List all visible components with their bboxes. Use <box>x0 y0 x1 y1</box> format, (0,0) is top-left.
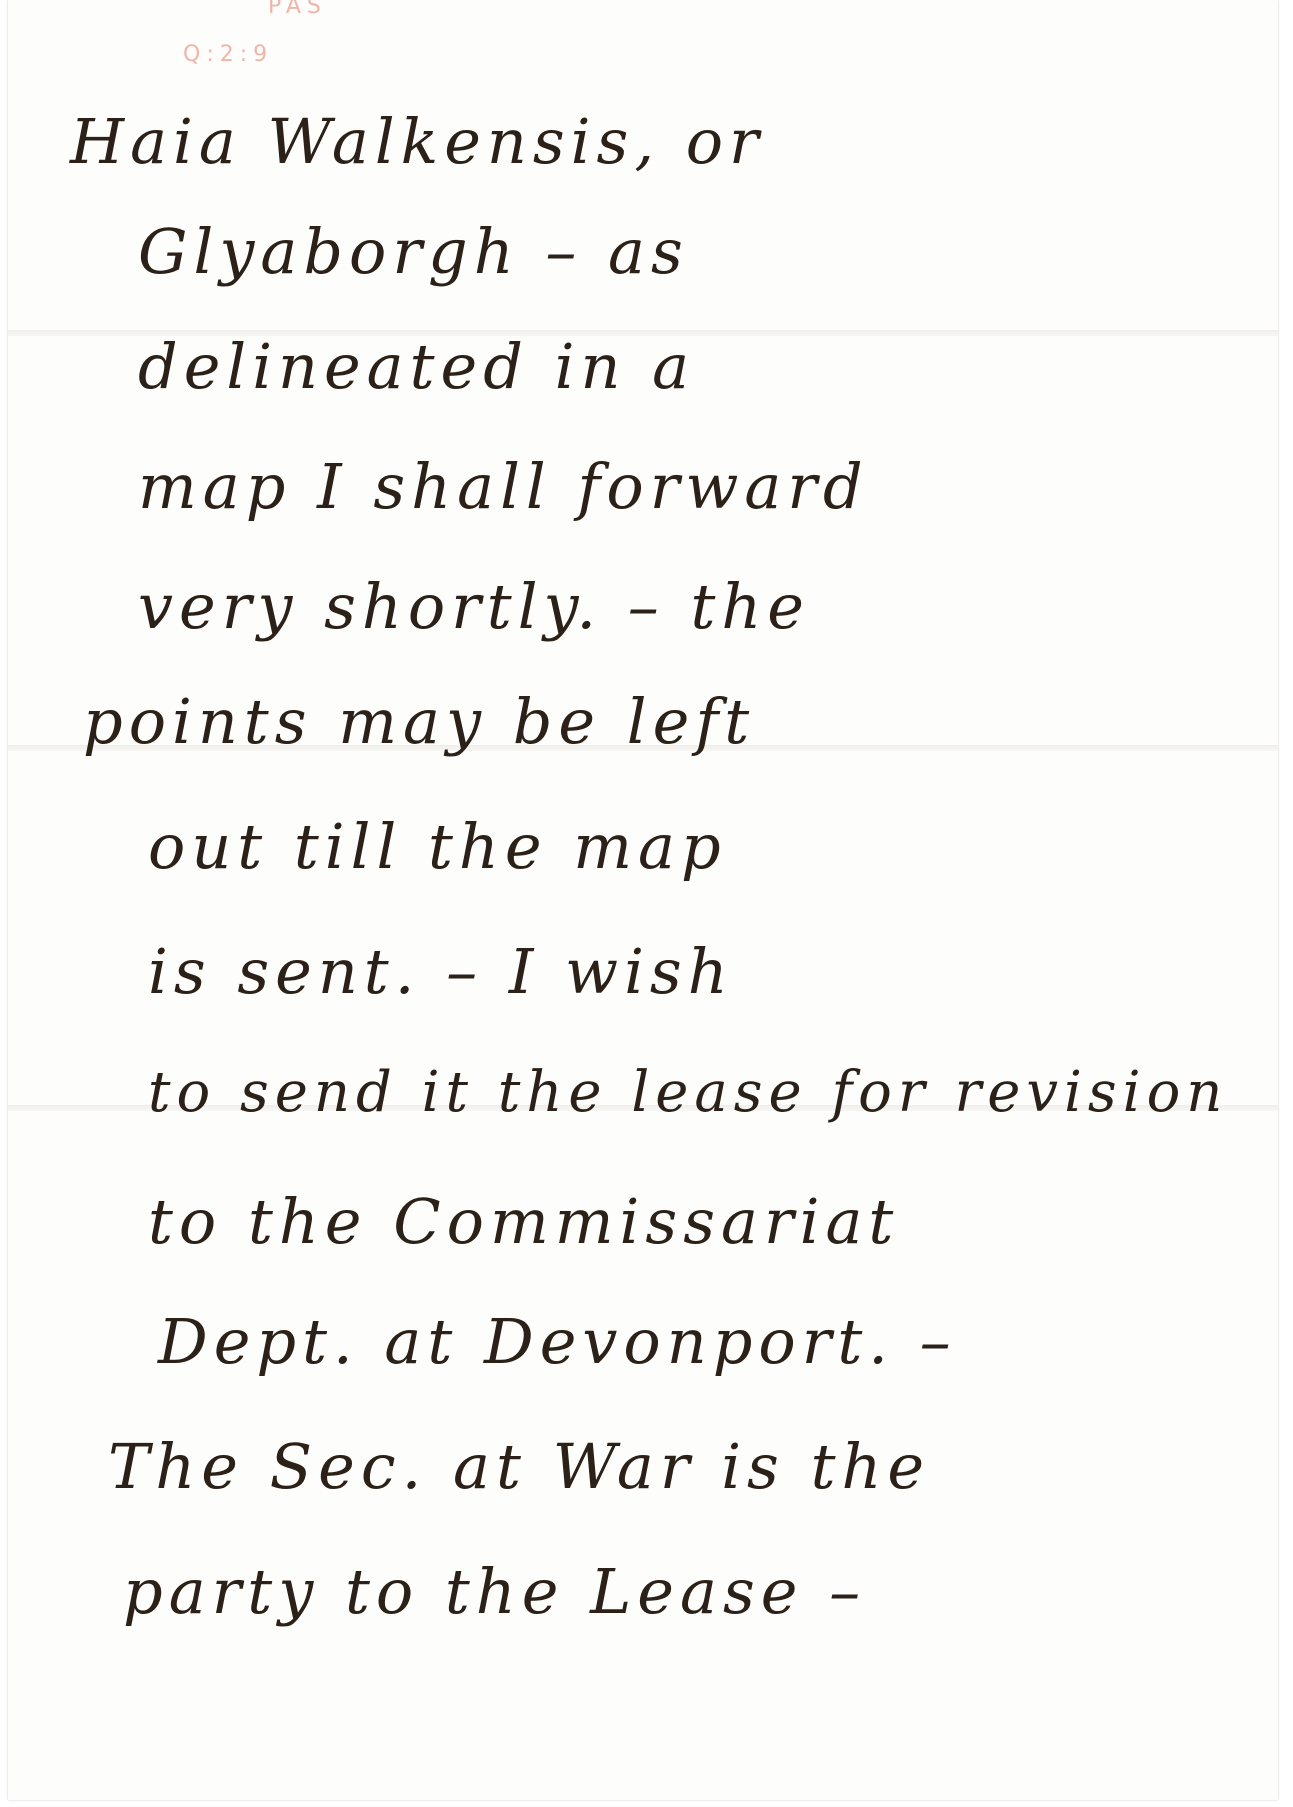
text-line: points may be left <box>83 685 755 758</box>
text-line: delineated in a <box>138 330 695 403</box>
text-line: very shortly. – the <box>138 570 810 643</box>
archive-reference: Q:2:9 <box>183 42 273 67</box>
text-line: party to the Lease – <box>123 1555 866 1628</box>
text-line: out till the map <box>148 810 727 883</box>
text-line: Haia Walkensis, or <box>70 105 765 178</box>
text-line: Glyaborgh – as <box>138 215 689 288</box>
text-line: is sent. – I wish <box>148 935 734 1008</box>
text-line: map I shall forward <box>138 450 869 523</box>
archive-stamp: PAS <box>268 0 327 19</box>
text-line: Dept. at Devonport. – <box>158 1305 957 1378</box>
text-line: The Sec. at War is the <box>108 1430 930 1503</box>
text-line: to send it the lease for revision <box>148 1060 1228 1125</box>
text-line: to the Commissariat <box>148 1185 899 1258</box>
letter-page: PAS Q:2:9 Haia Walkensis, or Glyaborgh –… <box>8 0 1278 1800</box>
